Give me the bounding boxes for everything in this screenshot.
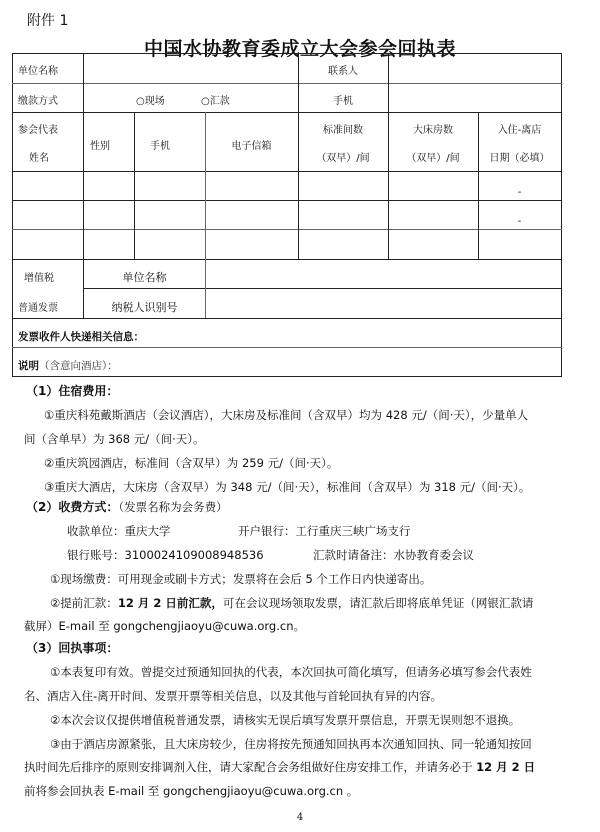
- payment-option-onsite[interactable]: ○现场: [136, 96, 165, 108]
- col-header-name-line2: 姓名: [18, 153, 58, 165]
- taxpayer-id-field[interactable]: [206, 289, 560, 317]
- col-header-name: 参会代表 姓名: [18, 125, 58, 165]
- lodging-item1-line2: 间（含单早）为 368 元/（间·天）。: [24, 432, 205, 446]
- receipt-item3-line2: 执时间先后排序的原则安排调剂入住，请大家配合会务组做好住房安排工作，并请务必于 …: [24, 760, 535, 774]
- attachment-label: 附件 1: [27, 10, 68, 30]
- notes-label-rest: （含意向酒店）：: [39, 360, 118, 372]
- table-row[interactable]: [13, 230, 561, 258]
- payment-item2-rest: 可在会议现场领取发票，请汇款后即将底单凭证（网银汇款请: [223, 596, 534, 610]
- invoice-label-line2: 普通发票: [18, 303, 58, 315]
- section-lodging-heading: （1）住宿费用：: [26, 384, 118, 398]
- receipt-item3-line3: 前将参会回执表 E-mail 至 gongchengjiaoyu@cuwa.or…: [24, 784, 358, 798]
- page-number: 4: [0, 812, 600, 823]
- invoice-unit-name-field[interactable]: [206, 260, 560, 287]
- payment-item2-line2: 截屏）E-mail 至 gongchengjiaoyu@cuwa.org.cn。: [24, 619, 305, 633]
- col-header-king-line1: 大床房数: [388, 125, 478, 137]
- col-header-standard-rooms: 标准间数 （双早）/间: [298, 125, 388, 165]
- phone-field[interactable]: [389, 84, 560, 111]
- section-payment-heading: （2）收费方式：（发票名称为会务费）: [26, 500, 228, 514]
- bank-account: 银行账号：3100024109008948536: [67, 548, 264, 562]
- transfer-remark: 汇款时请备注：水协教育委会议: [313, 548, 474, 562]
- receipt-item1-line2: 名、酒店入住-离开时间、发票开票等相关信息，以及其他与首轮回执有异的内容。: [24, 689, 442, 703]
- col-header-email: 电子信箱: [205, 141, 298, 153]
- unit-name-label: 单位名称: [18, 66, 58, 78]
- receipt-item3-line2-text: 执时间先后排序的原则安排调剂入住，请大家配合会务组做好住房安排工作，并请务必于: [24, 760, 476, 774]
- notes-label-bold: 说明: [18, 360, 39, 372]
- receipt-item3-line1: ③由于酒店房源紧张，且大床房较少，住房将按先预通知回执再本次通知回执、同一轮通知…: [50, 737, 532, 751]
- invoice-label-line1: 增值税: [24, 273, 54, 285]
- payment-option-transfer[interactable]: ○汇款: [201, 96, 230, 108]
- lodging-item3: ③重庆大酒店，大床房（含双早）为 348 元/（间·天），标准间（含双早）为 3…: [44, 480, 530, 494]
- contact-label: 联系人: [298, 66, 388, 78]
- payment-item2-line1: ②提前汇款：12 月 2 日前汇款，可在会议现场领取发票，请汇款后即将底单凭证（…: [50, 596, 533, 610]
- col-header-standard-line1: 标准间数: [298, 125, 388, 137]
- row-divider: [12, 318, 562, 319]
- taxpayer-id-label: 纳税人识别号: [84, 302, 205, 314]
- lodging-item2: ②重庆筑园酒店，标准间（含双早）为 259 元/（间·天）。: [44, 456, 338, 470]
- notes-label: 说明（含意向酒店）：: [18, 360, 118, 372]
- phone-label: 手机: [298, 96, 388, 108]
- payment-item2-prefix: ②提前汇款：: [50, 596, 118, 610]
- col-header-dates-line2: 日期（必填）: [478, 153, 561, 165]
- table-border-right: [561, 53, 562, 376]
- row-divider: [12, 347, 562, 348]
- table-border-bottom: [12, 376, 562, 377]
- col-header-name-line1: 参会代表: [18, 125, 58, 137]
- col-header-king-rooms: 大床房数 （双早）/间: [388, 125, 478, 165]
- invoice-unit-name-label: 单位名称: [84, 272, 205, 284]
- col-header-standard-line2: （双早）/间: [298, 153, 388, 165]
- col-header-king-line2: （双早）/间: [388, 153, 478, 165]
- col-header-dates: 入住-离店 日期（必填）: [478, 125, 561, 165]
- col-header-gender: 性别: [90, 141, 110, 153]
- payment-heading-text: （2）收费方式：: [26, 500, 118, 514]
- bank: 开户银行：工行重庆三峡广场支行: [238, 524, 411, 538]
- payment-item1: ①现场缴费：可用现金或刷卡方式；发票将在会后 5 个工作日内快递寄出。: [50, 572, 431, 586]
- col-header-dates-line1: 入住-离店: [478, 125, 561, 137]
- payment-method-label: 缴款方式: [18, 96, 58, 108]
- col-header-mobile: 手机: [150, 141, 170, 153]
- section-receipt-heading: （3）回执事项：: [26, 641, 118, 655]
- contact-field[interactable]: [389, 54, 560, 82]
- dates-cell[interactable]: -: [478, 216, 561, 228]
- payment-item2-deadline: 12 月 2 日前汇款，: [118, 596, 223, 610]
- payment-heading-note: （发票名称为会务费）: [118, 500, 227, 514]
- lodging-item1-line1: ①重庆科苑戴斯酒店（会议酒店），大床房及标准间（含双早）均为 428 元/（间·…: [44, 408, 528, 422]
- receipt-item2: ②本次会议仅提供增值税普通发票，请核实无误后填写发票开票信息，开票无误则恕不退换…: [50, 713, 520, 727]
- receipt-item1-line1: ①本表复印有效。曾提交过预通知回执的代表，本次回执可简化填写，但请务必填写参会代…: [50, 665, 532, 679]
- unit-name-field[interactable]: [84, 54, 297, 82]
- courier-info-label: 发票收件人快递相关信息：: [18, 331, 144, 343]
- row-divider: [12, 112, 562, 113]
- dates-cell[interactable]: -: [478, 187, 561, 199]
- receipt-deadline: 12 月 2 日: [476, 760, 535, 774]
- payee: 收款单位：重庆大学: [67, 524, 171, 538]
